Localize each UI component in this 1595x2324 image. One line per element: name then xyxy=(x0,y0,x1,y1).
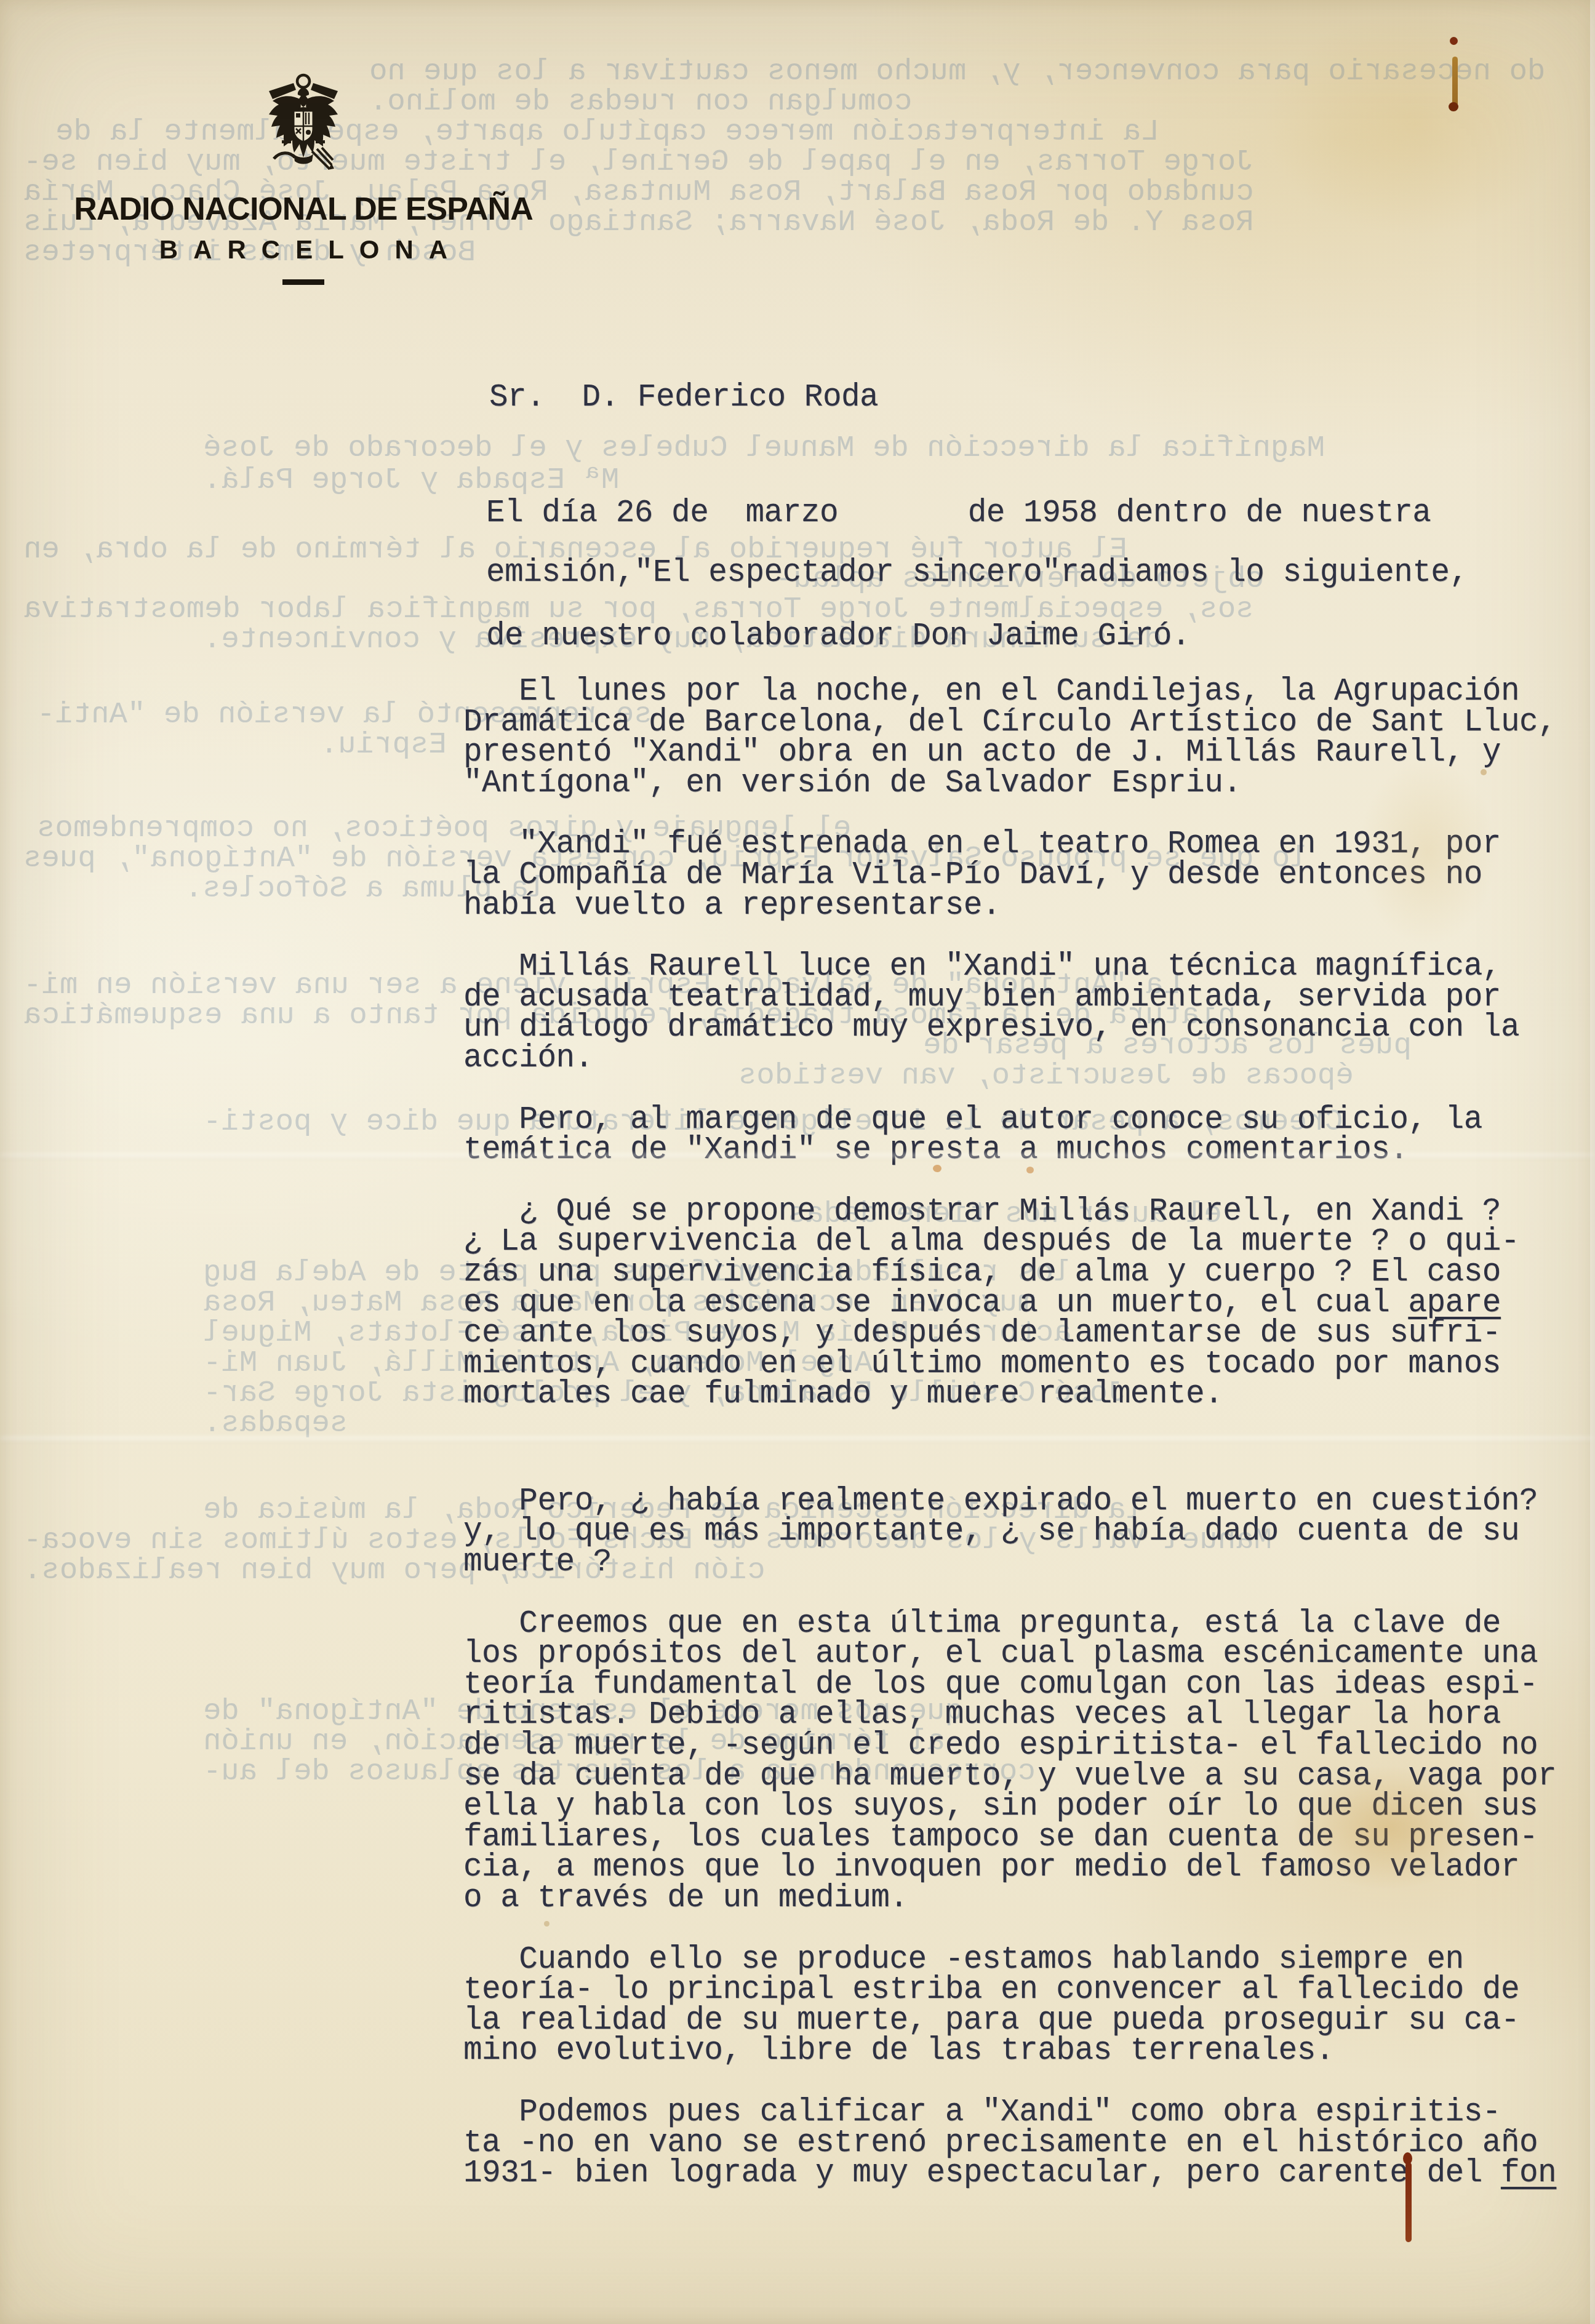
intro-line: de nuestro colaborador Don Jaime Giró. xyxy=(486,619,1190,654)
coat-of-arms-eagle-icon xyxy=(263,73,344,177)
ink-mark xyxy=(1405,2162,1412,2242)
typed-line: El lunes por la noche, en el Candilejas,… xyxy=(463,677,1556,708)
typed-line: acción. xyxy=(463,1044,1556,1074)
typed-line: Podemos pues calificar a "Xandi" como ob… xyxy=(463,2098,1556,2128)
paper-stain xyxy=(1329,720,1526,984)
typed-line: Pero, ¿ había realmente expirado el muer… xyxy=(463,1487,1556,1517)
intro-line: emisión,"El espectador sincero"radiamos … xyxy=(486,556,1468,591)
typed-line: mortales cae fulminado y muere realmente… xyxy=(463,1380,1556,1410)
letterhead-city: BARCELONA xyxy=(54,235,553,265)
ink-mark xyxy=(1450,37,1458,45)
typed-line: Cuando ello se produce -estamos hablando… xyxy=(463,1945,1556,1976)
typed-line: muerte ? xyxy=(463,1547,1556,1578)
paper-crease xyxy=(0,1435,1595,1442)
typed-line: un diálogo dramático muy expresivo, en c… xyxy=(463,1013,1556,1044)
letterhead-org: RADIO NACIONAL DE ESPAÑA xyxy=(54,191,553,228)
letterhead: RADIO NACIONAL DE ESPAÑA BARCELONA xyxy=(54,73,553,285)
paper-crease xyxy=(0,1152,1595,1159)
paper-speck xyxy=(1026,1167,1034,1173)
bleedthrough-text: Espriu. xyxy=(320,727,447,762)
typed-line: ¿ Qué se propone demostrar Millás Raurel… xyxy=(463,1197,1556,1228)
paragraph: Cuando ello se produce -estamos hablando… xyxy=(463,1945,1556,2067)
typed-line: mino evolutivo, libre de las trabas terr… xyxy=(463,2036,1556,2067)
paragraph: Pero, ¿ había realmente expirado el muer… xyxy=(463,1487,1556,1578)
typed-line: ta -no en vano se estrenó precisamente e… xyxy=(463,2128,1556,2159)
paper-speck xyxy=(1481,769,1487,775)
typed-line: zás una supervivencia física, de alma y … xyxy=(463,1258,1556,1288)
ink-mark xyxy=(1449,102,1458,111)
date-line: El día 26 de marzo de 1958 dentro de nue… xyxy=(486,496,1431,531)
typed-line: la realidad de su muerte, para que pueda… xyxy=(463,2006,1556,2037)
typed-line: es que en la escena se invoca a un muert… xyxy=(463,1288,1556,1319)
bleedthrough-text: Mª Espada y Jorge Palá. xyxy=(203,463,619,497)
paper-speck xyxy=(933,1165,941,1172)
typed-line: los propósitos del autor, el cual plasma… xyxy=(463,1639,1556,1670)
typed-line: Creemos que en esta última pregunta, est… xyxy=(463,1609,1556,1640)
letterhead-rule xyxy=(282,279,324,285)
typed-line: Pero, al margen de que el autor conoce s… xyxy=(463,1105,1556,1136)
typed-line: temática de "Xandi" se presta a muchos c… xyxy=(463,1135,1556,1166)
document-page: do necesario para convencer, y, mucho me… xyxy=(0,0,1595,2324)
typed-line: y, lo que es más importante, ¿ se había … xyxy=(463,1517,1556,1547)
paragraph: Podemos pues calificar a "Xandi" como ob… xyxy=(463,2098,1556,2189)
paragraph: ¿ Qué se propone demostrar Millás Raurel… xyxy=(463,1197,1556,1410)
typed-line: ce ante los suyos, y después de lamentar… xyxy=(463,1319,1556,1349)
paper-stain xyxy=(1255,1741,1520,1914)
typed-line: mientos, cuando en el último momento es … xyxy=(463,1349,1556,1380)
bleedthrough-text: Magnífica la dirección de Manuel Cubeles… xyxy=(203,431,1325,465)
typed-line: teoría fundamental de los que comulgan c… xyxy=(463,1670,1556,1701)
typed-line: teoría- lo principal estriba en convence… xyxy=(463,1975,1556,2006)
paper-speck xyxy=(544,1921,550,1927)
typed-line: de acusada teatralidad, muy bien ambient… xyxy=(463,983,1556,1013)
page-edge xyxy=(1590,0,1595,2324)
recipient-line: Sr. D. Federico Roda xyxy=(489,380,878,415)
paper-stain xyxy=(1200,0,1595,283)
typed-line: ¿ La supervivencia del alma después de l… xyxy=(463,1227,1556,1258)
ink-mark xyxy=(1452,57,1458,107)
typed-line: 1931- bien lograda y muy espectacular, p… xyxy=(463,2158,1556,2189)
typed-line: ritistas. Debido a ellas, muchas veces a… xyxy=(463,1700,1556,1731)
